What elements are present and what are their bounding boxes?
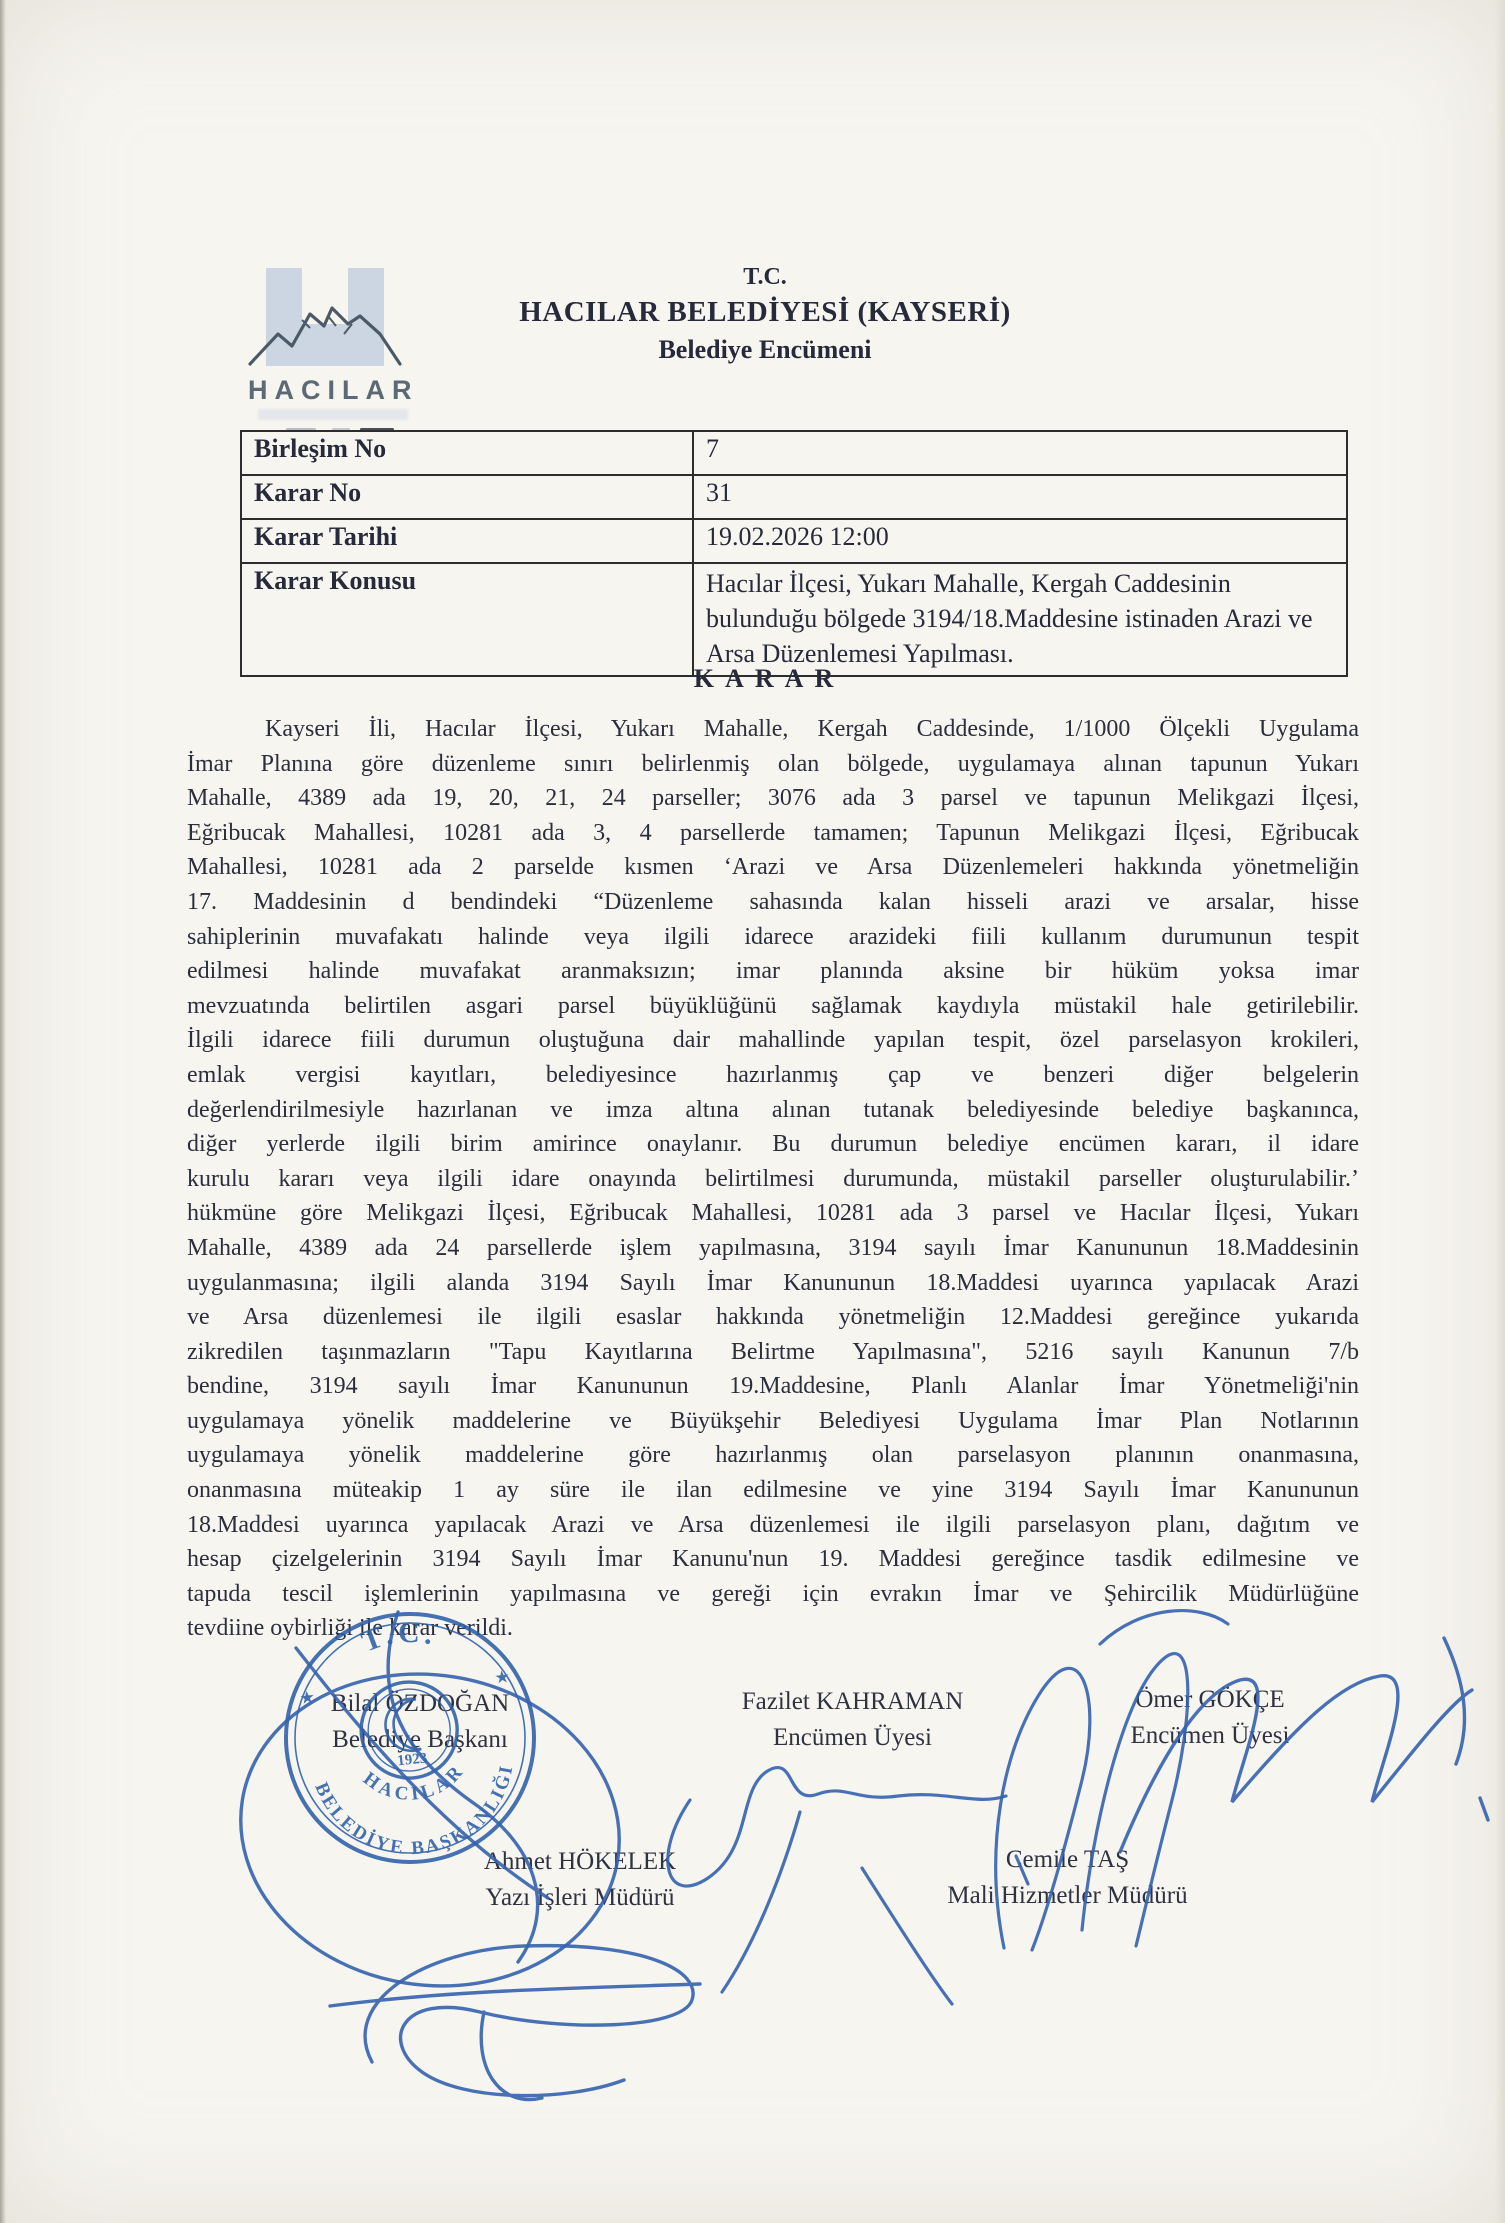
body-line: Kayseri İli, Hacılar İlçesi, Yukarı Maha…: [187, 712, 1359, 747]
meta-table: Birleşim No 7 Karar No 31 Karar Tarihi 1…: [240, 430, 1348, 677]
body-line: Mahalle, 4389 ada 19, 20, 21, 24 parsell…: [187, 781, 1359, 816]
signatory-name: Fazilet KAHRAMAN: [700, 1684, 1005, 1720]
table-row: Karar No 31: [241, 475, 1347, 519]
row-label: Karar Konusu: [241, 563, 693, 676]
header-title: HACILAR BELEDİYESİ (KAYSERİ): [265, 292, 1265, 332]
signatory-title: Encümen Üyesi: [1060, 1718, 1360, 1754]
signatory-fazilet: Fazilet KAHRAMAN Encümen Üyesi: [700, 1684, 1005, 1756]
body-line: tapuda tescil işlemlerinin yapılmasına v…: [187, 1577, 1359, 1612]
body-line: 18.Maddesi uyarınca yapılacak Arazi ve A…: [187, 1508, 1359, 1543]
signatory-cemile: Cemile TAŞ Mali Hizmetler Müdürü: [915, 1842, 1220, 1914]
scan-edge: [1495, 0, 1505, 2223]
signatory-name: Ahmet HÖKELEK: [430, 1844, 730, 1880]
body-line: tevdiine oybirliği ile karar verildi.: [187, 1611, 1359, 1646]
body-line: değerlendirilmesiyle hazırlanan ve imza …: [187, 1093, 1359, 1128]
body-line: hesap çizelgelerinin 3194 Sayılı İmar Ka…: [187, 1542, 1359, 1577]
row-label: Karar Tarihi: [241, 519, 693, 563]
signatory-title: Belediye Başkanı: [270, 1722, 570, 1758]
row-label: Birleşim No: [241, 431, 693, 475]
body-line: zikredilen taşınmazların "Tapu Kayıtları…: [187, 1335, 1359, 1370]
row-value: 31: [693, 475, 1347, 519]
signatory-title: Yazı İşleri Müdürü: [430, 1880, 730, 1916]
signature-bilal-icon: [218, 1612, 642, 2013]
signatory-title: Mali Hizmetler Müdürü: [915, 1878, 1220, 1914]
body-line: mevzuatında belirtilen asgari parsel büy…: [187, 989, 1359, 1024]
stamp-star-icon: ★: [495, 1669, 511, 1686]
signatory-name: Ömer GÖKÇE: [1060, 1682, 1360, 1718]
row-label: Karar No: [241, 475, 693, 519]
body-line: uygulamaya yönelik maddelerine göre hazı…: [187, 1438, 1359, 1473]
table-row: Karar Tarihi 19.02.2026 12:00: [241, 519, 1347, 563]
body-line: emlak vergisi kayıtları, belediyesince h…: [187, 1058, 1359, 1093]
body-line: 17. Maddesinin d bendindeki “Düzenleme s…: [187, 885, 1359, 920]
body-line: onanmasına müteakip 1 ay süre ile ilan e…: [187, 1473, 1359, 1508]
logo-wordmark: HACILAR: [248, 375, 408, 406]
signature-ahmet-icon: [330, 1946, 700, 2100]
body-line: edilmesi halinde muvafakat aranmaksızın;…: [187, 954, 1359, 989]
signatory-bilal: Bilal ÖZDOĞAN Belediye Başkanı: [270, 1686, 570, 1758]
logo-ghost-text: [258, 409, 408, 420]
body-line: Mahalle, 4389 ada 24 parsellerde işlem y…: [187, 1231, 1359, 1266]
body-line: uygulamaya yönelik maddelerine ve Büyükş…: [187, 1404, 1359, 1439]
letterhead: T.C. HACILAR BELEDİYESİ (KAYSERİ) Beledi…: [265, 262, 1265, 368]
body-line: İmar Planına göre düzenleme sınırı belir…: [187, 747, 1359, 782]
table-row: Birleşim No 7: [241, 431, 1347, 475]
row-value: Hacılar İlçesi, Yukarı Mahalle, Kergah C…: [693, 563, 1347, 676]
body-line: sahiplerinin muvafakatı halinde veya ilg…: [187, 920, 1359, 955]
body-line: uygulanmasına; ilgili alanda 3194 Sayılı…: [187, 1266, 1359, 1301]
row-value-line: bulunduğu bölgede 3194/18.Maddesine isti…: [706, 601, 1336, 636]
signatory-name: Bilal ÖZDOĞAN: [270, 1686, 570, 1722]
header-tc: T.C.: [265, 262, 1265, 292]
svg-text:HACILAR: HACILAR: [358, 1758, 473, 1810]
decision-paragraph: Kayseri İli, Hacılar İlçesi, Yukarı Maha…: [187, 712, 1359, 1646]
document-page: HACILAR T.C. HACILAR BELEDİYESİ (KAYSERİ…: [0, 0, 1505, 2223]
signatory-ahmet: Ahmet HÖKELEK Yazı İşleri Müdürü: [430, 1844, 730, 1916]
body-line: diğer yerlerde ilgili birim amirince ona…: [187, 1127, 1359, 1162]
table-row: Karar Konusu Hacılar İlçesi, Yukarı Maha…: [241, 563, 1347, 676]
body-line: kurulu kararı veya ilgili idare onayında…: [187, 1162, 1359, 1197]
body-line: Eğribucak Mahallesi, 10281 ada 3, 4 pars…: [187, 816, 1359, 851]
row-value-line: Hacılar İlçesi, Yukarı Mahalle, Kergah C…: [706, 566, 1336, 601]
body-line: İlgili idarece fiili durumun oluştuğuna …: [187, 1023, 1359, 1058]
header-subtitle: Belediye Encümeni: [265, 332, 1265, 368]
body-line: ve Arsa düzenlemesi ile ilgili esaslar h…: [187, 1300, 1359, 1335]
stamp-inner-arc: HACILAR: [358, 1758, 473, 1810]
body-line: Mahallesi, 10281 ada 2 parselde kısmen ‘…: [187, 850, 1359, 885]
body-line: hükmüne göre Melikgazi İlçesi, Eğribucak…: [187, 1196, 1359, 1231]
scan-edge: [0, 0, 6, 2223]
decision-title: K A R A R: [265, 664, 1265, 694]
body-line: bendine, 3194 sayılı İmar Kanununun 19.M…: [187, 1369, 1359, 1404]
row-value: 19.02.2026 12:00: [693, 519, 1347, 563]
signatory-title: Encümen Üyesi: [700, 1720, 1005, 1756]
signatory-name: Cemile TAŞ: [915, 1842, 1220, 1878]
row-value: 7: [693, 431, 1347, 475]
signatory-omer: Ömer GÖKÇE Encümen Üyesi: [1060, 1682, 1360, 1754]
